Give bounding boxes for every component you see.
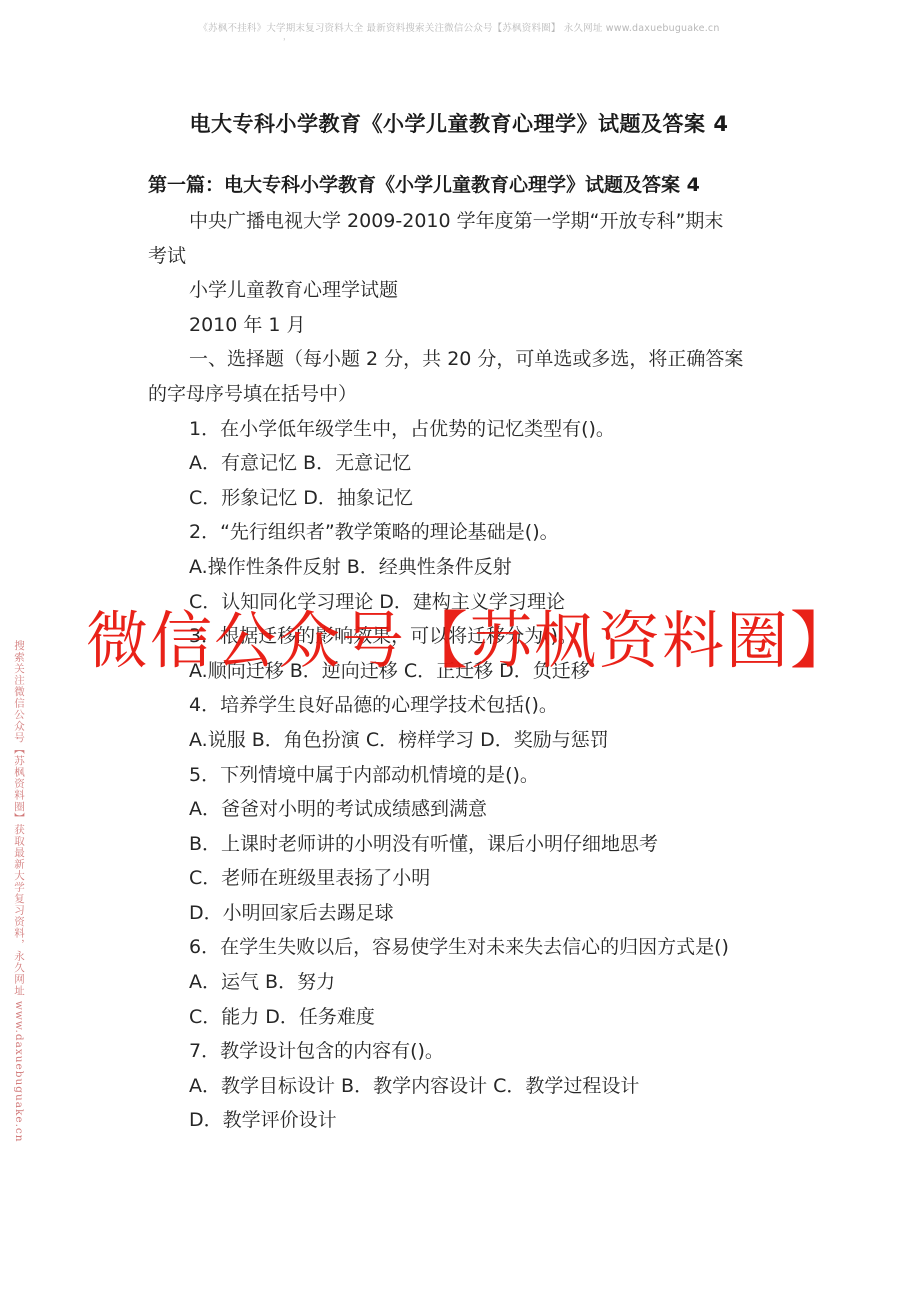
option-line: A．有意记忆 B．无意记忆 xyxy=(148,446,778,481)
option-line: A．运气 B．努力 xyxy=(148,965,778,1000)
document-title: 电大专科小学教育《小学儿童教育心理学》试题及答案 4 xyxy=(0,108,918,138)
text-line: 一、选择题（每小题 2 分，共 20 分，可单选或多选，将正确答案 xyxy=(148,342,778,377)
side-watermark: 搜索关注微信公众号【苏枫资料圈】获取最新大学复习资料，永久网址 www.daxu… xyxy=(12,640,27,1143)
option-line: A.说服 B．角色扮演 C．榜样学习 D．奖励与惩罚 xyxy=(148,723,778,758)
question-line: 5．下列情境中属于内部动机情境的是()。 xyxy=(148,758,778,793)
option-line: C．老师在班级里表扬了小明 xyxy=(148,861,778,896)
question-line: 1．在小学低年级学生中，占优势的记忆类型有()。 xyxy=(148,412,778,447)
option-line: A.操作性条件反射 B．经典性条件反射 xyxy=(148,550,778,585)
document-body: 中央广播电视大学 2009-2010 学年度第一学期“开放专科”期末 考试 小学… xyxy=(148,204,778,1138)
section-heading: 第一篇：电大专科小学教育《小学儿童教育心理学》试题及答案 4 xyxy=(148,170,700,197)
option-line: B．上课时老师讲的小明没有听懂，课后小明仔细地思考 xyxy=(148,827,778,862)
question-line: 6．在学生失败以后，容易使学生对未来失去信心的归因方式是() xyxy=(148,930,778,965)
question-line: 4．培养学生良好品德的心理学技术包括()。 xyxy=(148,688,778,723)
option-line: C．形象记忆 D．抽象记忆 xyxy=(148,481,778,516)
text-line: 小学儿童教育心理学试题 xyxy=(148,273,778,308)
question-line: 7．教学设计包含的内容有()。 xyxy=(148,1034,778,1069)
header-watermark: 《苏枫不挂科》大学期末复习资料大全 最新资料搜索关注微信公众号【苏枫资料圈】 永… xyxy=(0,20,918,34)
option-line: C．能力 D．任务难度 xyxy=(148,1000,778,1035)
header-mark: ， xyxy=(283,31,291,42)
option-line: C．认知同化学习理论 D．建构主义学习理论 xyxy=(148,585,778,620)
text-line: 2010 年 1 月 xyxy=(148,308,778,343)
question-line: 3．根据迁移的影响效果，可以将迁移分为()。 xyxy=(148,619,778,654)
option-line: A.顺向迁移 B．逆向迁移 C．正迁移 D．负迁移 xyxy=(148,654,778,689)
text-line: 考试 xyxy=(148,239,778,274)
text-line: 中央广播电视大学 2009-2010 学年度第一学期“开放专科”期末 xyxy=(148,204,778,239)
option-line: A．教学目标设计 B．教学内容设计 C．教学过程设计 xyxy=(148,1069,778,1104)
option-line: D．小明回家后去踢足球 xyxy=(148,896,778,931)
option-line: A．爸爸对小明的考试成绩感到满意 xyxy=(148,792,778,827)
question-line: 2．“先行组织者”教学策略的理论基础是()。 xyxy=(148,515,778,550)
text-line: 的字母序号填在括号中） xyxy=(148,377,778,412)
option-line: D．教学评价设计 xyxy=(148,1103,778,1138)
